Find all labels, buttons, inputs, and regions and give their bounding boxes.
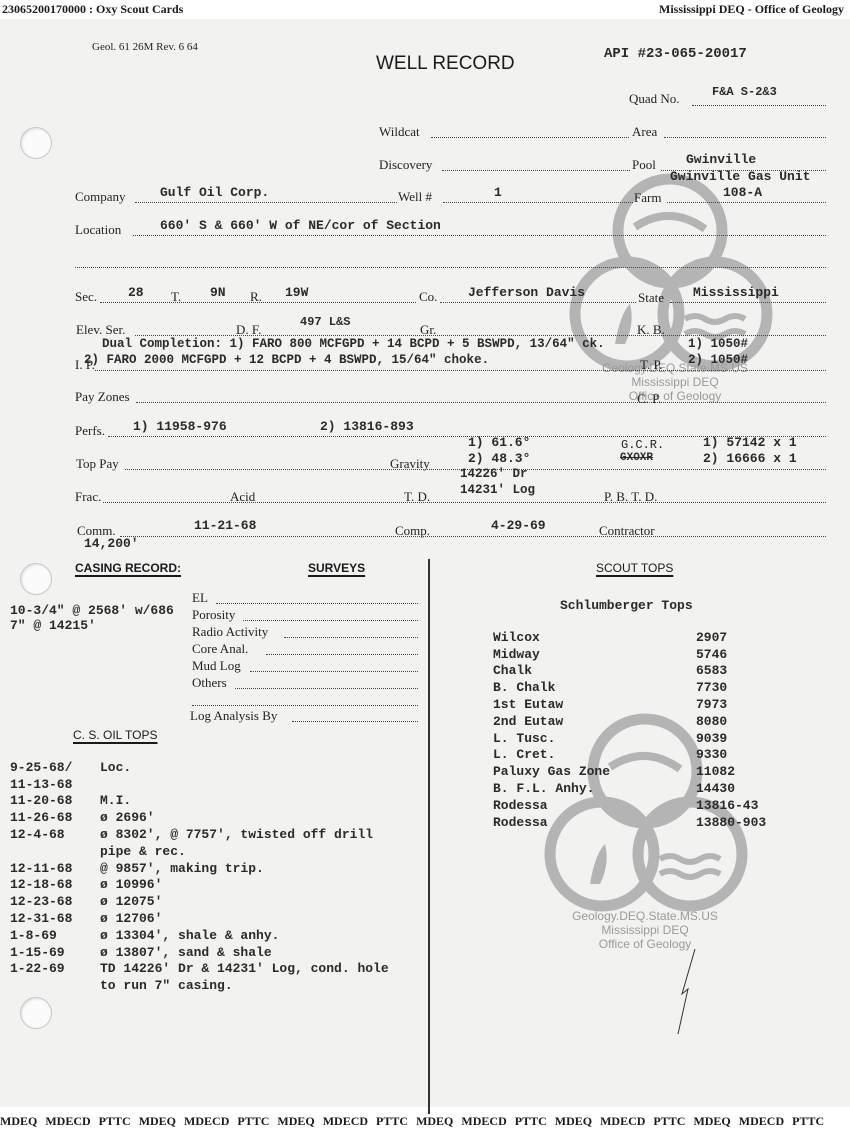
oil-top-text: TD 14226' Dr & 14231' Log, cond. hole (100, 961, 389, 978)
sec-value: 28 (128, 285, 144, 300)
company-label: Company (75, 189, 126, 205)
perfs-value-1: 1) 11958-976 (133, 419, 227, 434)
formation-depth: 11082 (696, 763, 766, 780)
survey-radio-field (284, 637, 418, 638)
formation-depth: 8080 (696, 713, 766, 730)
perfs-value-2: 2) 13816-893 (320, 419, 414, 434)
county-label: Co. (419, 289, 437, 305)
watermark-url: Geology.DEQ.State.MS.US (545, 909, 745, 923)
oil-top-text: @ 9857', making trip. (100, 860, 389, 877)
footer-item: PTTC (515, 1114, 547, 1129)
footer-item: PTTC (99, 1114, 131, 1129)
page-header: 23065200170000 : Oxy Scout Cards Mississ… (0, 0, 850, 18)
oil-top-text (100, 776, 389, 793)
survey-log-analysis-field (292, 721, 418, 722)
t-value: 9N (210, 285, 226, 300)
watermark-office: Office of Geology (545, 937, 745, 951)
formation-depth: 7730 (696, 679, 766, 696)
county-field (440, 302, 636, 303)
formation-name: L. Cret. (493, 747, 696, 764)
scout-tops-title: SCOUT TOPS (596, 561, 673, 575)
survey-mudlog-field (250, 671, 418, 672)
formation-name: Paluxy Gas Zone (493, 763, 696, 780)
elevation-field (135, 335, 826, 336)
frac-acid-td-field (103, 502, 826, 503)
footer-item: MDECD (45, 1114, 90, 1129)
td-value-2: 14231' Log (460, 483, 535, 497)
formation-depth: 9039 (696, 730, 766, 747)
top-pay-label: Top Pay (76, 456, 119, 472)
schlumberger-tops-subtitle: Schlumberger Tops (560, 598, 693, 613)
survey-core-anal: Core Anal. (192, 641, 248, 657)
ip-line-2: 2) FARO 2000 MCFGPD + 12 BCPD + 4 BSWPD,… (84, 353, 489, 367)
well-field (443, 202, 633, 203)
location-field-line2 (75, 267, 826, 268)
perfs-label: Perfs. (75, 423, 105, 439)
well-value: 1 (494, 185, 502, 200)
oil-top-row: 1-22-69TD 14226' Dr & 14231' Log, cond. … (10, 961, 389, 978)
form-title: WELL RECORD (376, 53, 515, 75)
watermark-text-top: Geology.DEQ.State.MS.US Mississippi DEQ … (570, 361, 780, 403)
oil-top-text: M.I. (100, 793, 389, 810)
sec-label: Sec. (75, 289, 97, 305)
footer-item: MDEQ (555, 1114, 592, 1129)
gravity-value-1: 1) 61.6° (468, 435, 530, 450)
survey-el-field (216, 603, 418, 604)
comm-value: 11-21-68 (194, 518, 256, 533)
farm-field (667, 202, 826, 203)
quad-label: Quad No. (629, 91, 680, 107)
farm-label: Farm (634, 190, 661, 206)
wildcat-label: Wildcat (379, 124, 420, 140)
farm-value: 108-A (723, 185, 762, 200)
watermark-agency: Mississippi DEQ (570, 375, 780, 389)
oil-top-date: 12-31-68 (10, 910, 100, 927)
formation-name: 2nd Eutaw (493, 713, 696, 730)
watermark-url: Geology.DEQ.State.MS.US (570, 361, 780, 375)
formation-depth: 7973 (696, 696, 766, 713)
survey-others-field (235, 688, 418, 689)
footer-item: MDEQ (416, 1114, 453, 1129)
oil-top-text: ø 13304', shale & anhy. (100, 927, 389, 944)
oil-top-date (10, 843, 100, 860)
formation-depth: 6583 (696, 663, 766, 680)
survey-radio-activity: Radio Activity (192, 624, 268, 640)
oil-top-row: pipe & rec. (10, 843, 389, 860)
pool-value: Gwinville (686, 152, 756, 167)
formation-depth: 2907 (696, 629, 766, 646)
oil-top-date: 12-23-68 (10, 893, 100, 910)
county-value: Jefferson Davis (468, 285, 585, 300)
footer-item: MDEQ (139, 1114, 176, 1129)
formation-depth: 5746 (696, 646, 766, 663)
oil-top-row: 11-26-68ø 2696' (10, 809, 389, 826)
survey-porosity-field (243, 620, 418, 621)
td-value-1: 14226' Dr (460, 467, 528, 481)
footer-item: MDEQ (0, 1114, 37, 1129)
oil-top-row: 12-23-68ø 12075' (10, 893, 389, 910)
scout-top-row: Rodessa13880-903 (493, 814, 766, 831)
casing-record-title: CASING RECORD: (75, 561, 181, 575)
scout-tops-table: Wilcox2907 Midway5746 Chalk6583 B. Chalk… (493, 629, 766, 831)
ip-line-1: Dual Completion: 1) FARO 800 MCFGPD + 14… (102, 337, 605, 351)
sec-t-r-field (100, 302, 416, 303)
gcr-value-1: 1) 57142 x 1 (703, 435, 797, 450)
survey-porosity: Porosity (192, 607, 235, 623)
elevation-label: Elev. Ser. (76, 322, 125, 338)
scout-top-row: L. Cret.9330 (493, 747, 766, 764)
frac-label: Frac. (75, 489, 101, 505)
oil-top-row: 11-20-68M.I. (10, 793, 389, 810)
formation-name: Chalk (493, 663, 696, 680)
df-value: 497 L&S (300, 315, 350, 329)
location-label: Location (75, 222, 121, 238)
r-value: 19W (285, 285, 308, 300)
scout-top-row: Paluxy Gas Zone11082 (493, 763, 766, 780)
punch-hole-middle (20, 563, 52, 595)
oil-top-row: 12-11-68@ 9857', making trip. (10, 860, 389, 877)
comm-comp-field (120, 536, 826, 537)
watermark-agency: Mississippi DEQ (545, 923, 745, 937)
quad-field (692, 105, 826, 106)
watermark-text-bottom: Geology.DEQ.State.MS.US Mississippi DEQ … (545, 909, 745, 951)
oil-top-date: 12-18-68 (10, 877, 100, 894)
form-number: Geol. 61 26M Rev. 6 64 (92, 41, 198, 53)
formation-name: Wilcox (493, 629, 696, 646)
tp-value-2: 2) 1050# (688, 353, 748, 367)
oil-top-row: 12-31-68ø 12706' (10, 910, 389, 927)
oil-top-row: 1-15-69ø 13807', sand & shale (10, 944, 389, 961)
state-value: Mississippi (693, 285, 779, 300)
oil-top-date: 11-26-68 (10, 809, 100, 826)
footer-item: PTTC (376, 1114, 408, 1129)
oil-tops-title: C. S. OIL TOPS (73, 728, 157, 742)
survey-mud-log: Mud Log (192, 658, 241, 674)
scanned-well-record: Geology.DEQ.State.MS.US Mississippi DEQ … (0, 19, 850, 1107)
formation-name: 1st Eutaw (493, 696, 696, 713)
formation-name: B. F.L. Anhy. (493, 780, 696, 797)
page-footer: MDEQMDECDPTTCMDEQMDECDPTTCMDEQMDECDPTTCM… (0, 1114, 850, 1133)
oil-top-text: ø 10996' (100, 877, 389, 894)
well-label: Well # (398, 189, 432, 205)
oil-top-date: 9-25-68/ (10, 759, 100, 776)
scout-top-row: B. Chalk7730 (493, 679, 766, 696)
formation-depth: 13816-43 (696, 797, 766, 814)
formation-name: B. Chalk (493, 679, 696, 696)
footer-item: PTTC (237, 1114, 269, 1129)
agency-title: Mississippi DEQ - Office of Geology (659, 2, 844, 17)
oil-tops-table: 9-25-68/Loc. 11-13-68 11-20-68M.I. 11-26… (10, 759, 389, 994)
oil-top-row: 9-25-68/Loc. (10, 759, 389, 776)
oil-top-row: to run 7" casing. (10, 977, 389, 994)
casing-line-2: 7" @ 14215' (10, 618, 96, 633)
comp-value: 4-29-69 (491, 518, 546, 533)
formation-name: Midway (493, 646, 696, 663)
oil-top-text: ø 12075' (100, 893, 389, 910)
oil-top-row: 1-8-69ø 13304', shale & anhy. (10, 927, 389, 944)
discovery-field (442, 170, 630, 171)
formation-depth: 9330 (696, 747, 766, 764)
oil-top-date: 1-8-69 (10, 927, 100, 944)
oil-top-row: 11-13-68 (10, 776, 389, 793)
oil-top-text: ø 8302', @ 7757', twisted off drill (100, 826, 389, 843)
surveys-title: SURVEYS (308, 561, 365, 575)
footer-item: MDEQ (693, 1114, 730, 1129)
company-field (135, 202, 397, 203)
formation-name: L. Tusc. (493, 730, 696, 747)
api-number: API #23-065-20017 (604, 46, 747, 62)
scout-top-row: Wilcox2907 (493, 629, 766, 646)
formation-depth: 13880-903 (696, 814, 766, 831)
proposed-depth: 14,200' (84, 536, 139, 551)
discovery-label: Discovery (379, 157, 432, 173)
scout-top-row: 1st Eutaw7973 (493, 696, 766, 713)
pool-label: Pool (632, 157, 656, 173)
scout-tops-list: Wilcox2907 Midway5746 Chalk6583 B. Chalk… (493, 629, 766, 831)
pay-zones-field (136, 402, 826, 403)
cp-label: C. P. (637, 391, 661, 407)
punch-hole-top (20, 127, 52, 159)
company-value: Gulf Oil Corp. (160, 185, 269, 200)
signature-mark (670, 949, 710, 1039)
oil-top-row: 12-4-68ø 8302', @ 7757', twisted off dri… (10, 826, 389, 843)
wildcat-field (431, 137, 629, 138)
gas-unit-value: Gwinville Gas Unit (670, 169, 810, 184)
location-value: 660' S & 660' W of NE/cor of Section (160, 218, 441, 233)
oil-top-text: ø 13807', sand & shale (100, 944, 389, 961)
footer-item: PTTC (792, 1114, 824, 1129)
survey-others: Others (192, 675, 227, 691)
record-id-title: 23065200170000 : Oxy Scout Cards (2, 2, 183, 17)
formation-name: Rodessa (493, 797, 696, 814)
column-divider (428, 559, 430, 1129)
punch-hole-bottom (20, 997, 52, 1029)
location-field (133, 235, 826, 236)
area-label: Area (632, 124, 657, 140)
state-field (670, 302, 826, 303)
footer-item: MDEQ (277, 1114, 314, 1129)
footer-item: MDECD (323, 1114, 368, 1129)
gcr-value-2: 2) 16666 x 1 (703, 451, 797, 466)
oil-top-date: 11-20-68 (10, 793, 100, 810)
oil-top-date: 1-15-69 (10, 944, 100, 961)
oil-top-date: 1-22-69 (10, 961, 100, 978)
scout-top-row: L. Tusc.9039 (493, 730, 766, 747)
scout-top-row: 2nd Eutaw8080 (493, 713, 766, 730)
oil-tops-list: 9-25-68/Loc. 11-13-68 11-20-68M.I. 11-26… (10, 759, 389, 994)
footer-item: MDECD (739, 1114, 784, 1129)
pay-zones-label: Pay Zones (75, 389, 130, 405)
footer-item: MDECD (600, 1114, 645, 1129)
oil-top-text: Loc. (100, 759, 389, 776)
oil-top-text: to run 7" casing. (100, 977, 389, 994)
oil-top-text: ø 12706' (100, 910, 389, 927)
scout-top-row: B. F.L. Anhy.14430 (493, 780, 766, 797)
casing-line-1: 10-3/4" @ 2568' w/686 (10, 603, 174, 618)
survey-log-analysis: Log Analysis By (190, 708, 277, 724)
scout-top-row: Rodessa13816-43 (493, 797, 766, 814)
oil-top-date: 12-4-68 (10, 826, 100, 843)
scout-top-row: Midway5746 (493, 646, 766, 663)
survey-core-field (266, 654, 418, 655)
footer-item: MDECD (461, 1114, 506, 1129)
quad-value: F&A S-2&3 (712, 85, 777, 99)
formation-depth: 14430 (696, 780, 766, 797)
state-label: State (638, 290, 664, 306)
oil-top-row: 12-18-68ø 10996' (10, 877, 389, 894)
oil-top-text: ø 2696' (100, 809, 389, 826)
area-field (664, 137, 826, 138)
gcr-struck-label: GXOXR (620, 452, 653, 464)
ip-field (95, 370, 826, 371)
oil-top-text: pipe & rec. (100, 843, 389, 860)
formation-name: Rodessa (493, 814, 696, 831)
gravity-value-2: 2) 48.3° (468, 451, 530, 466)
survey-el: EL (192, 590, 208, 606)
watermark-office: Office of Geology (570, 389, 780, 403)
oil-top-date (10, 977, 100, 994)
oil-top-date: 11-13-68 (10, 776, 100, 793)
survey-blank-field (192, 705, 418, 706)
footer-item: MDECD (184, 1114, 229, 1129)
tp-value-1: 1) 1050# (688, 337, 748, 351)
footer-item: PTTC (653, 1114, 685, 1129)
gcr-label: G.C.R. (621, 438, 664, 452)
scout-top-row: Chalk6583 (493, 663, 766, 680)
oil-top-date: 12-11-68 (10, 860, 100, 877)
